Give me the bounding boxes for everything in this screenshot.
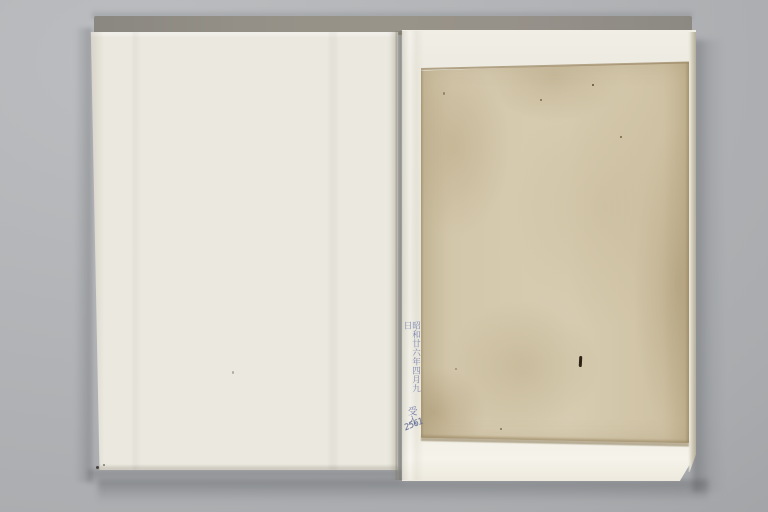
foxing-speck [455,368,457,370]
leaf-left-edge [421,70,424,437]
leaf-right-edge [685,63,689,442]
paper-speck [96,466,99,469]
cast-shadow-right [693,40,729,492]
cast-shadow-bottom-left [88,470,402,490]
cast-shadow-left [72,28,92,482]
paper-speck [232,371,234,374]
foxing-speck [443,92,445,95]
right-page-fore-edge [688,32,696,472]
accession-stamp-date: 昭和廿六年四月九日 [403,321,420,401]
manuscript-leaf [421,62,689,443]
foxing-speck [592,84,594,86]
foxing-speck [500,428,502,430]
foxing-speck [620,136,622,138]
dark-ink-mark [579,356,583,367]
foxing-speck [540,99,542,101]
left-blank-page [89,32,398,470]
paper-speck [103,464,105,466]
photo-background: 昭和廿六年四月九日 受入 2561 [0,0,768,512]
accession-stamp: 昭和廿六年四月九日 受入 [402,321,420,423]
